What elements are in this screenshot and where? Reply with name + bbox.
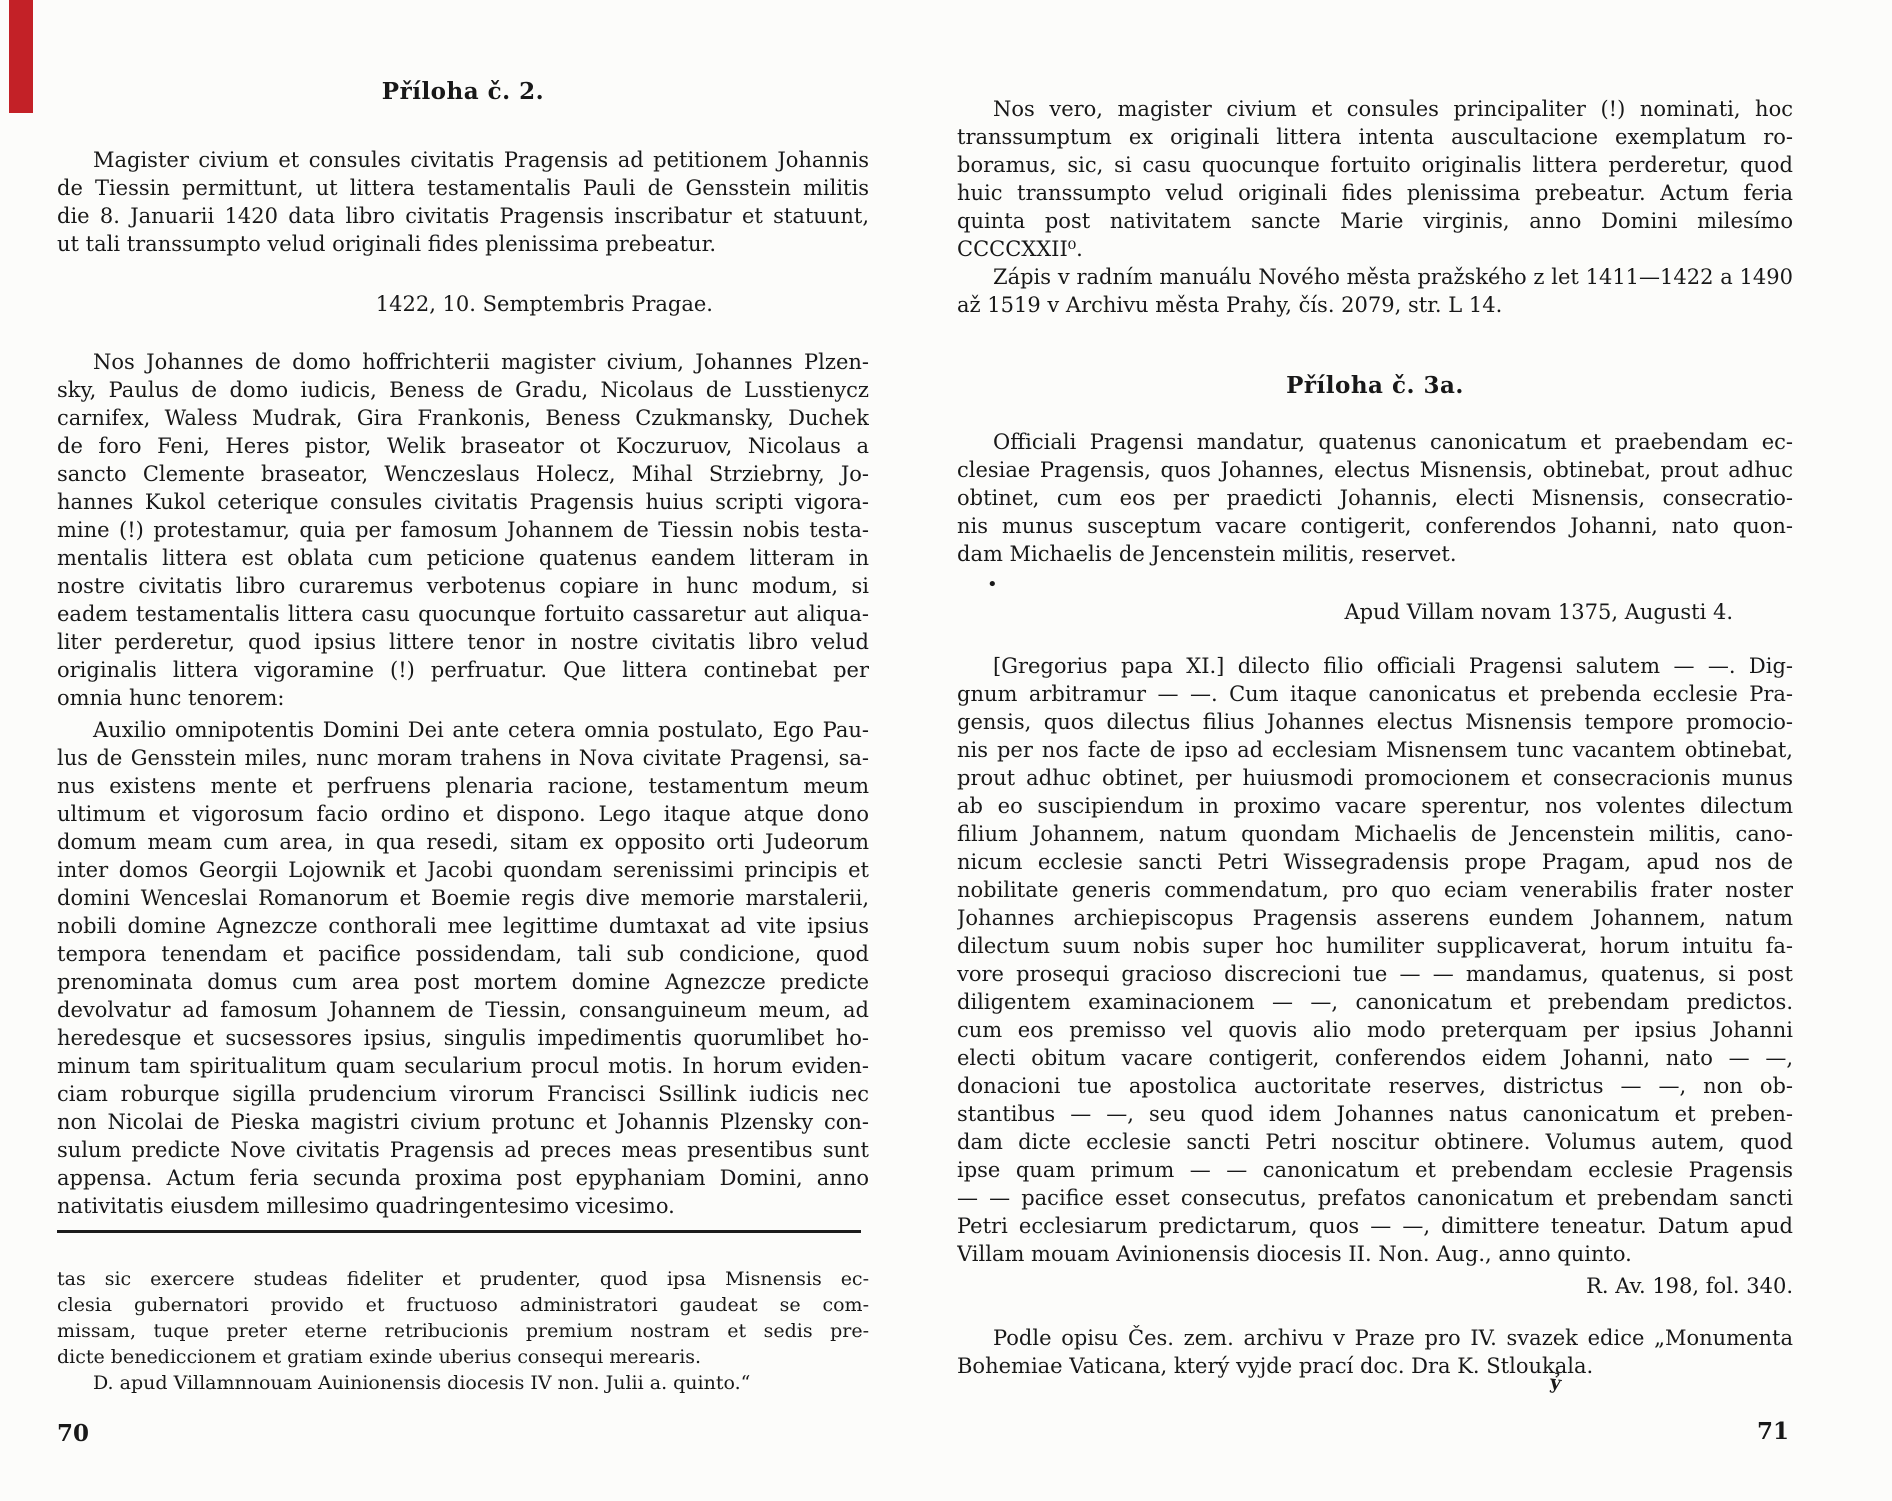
text-line: gnum arbitramur — —. Cum itaque canonica… <box>957 680 1793 708</box>
archival-note: Zápis v radním manuálu Nového města praž… <box>957 263 1793 319</box>
text-line: nis per nos facte de ipso ad ecclesiam M… <box>957 736 1793 764</box>
text-line: Auxilio omnipotentis Domini Dei ante cet… <box>57 716 869 744</box>
text-line: die 8. Januarii 1420 data libro civitati… <box>57 202 869 230</box>
book-spread: Příloha č. 2. Magister civium et consule… <box>0 0 1892 1501</box>
appendix-2-intro-paragraph: Magister civium et consules civitatis Pr… <box>57 146 869 258</box>
appendix-3a-heading: Příloha č. 3a. <box>957 372 1793 400</box>
appendix-3a-dateline: Apud Villam novam 1375, Augusti 4. <box>957 598 1793 626</box>
papal-letter-paragraph: [Gregorius papa XI.] dilecto filio offic… <box>957 652 1793 1268</box>
text-line: [Gregorius papa XI.] dilecto filio offic… <box>957 652 1793 680</box>
transsumptum-paragraph: Nos vero, magister civium et consules pr… <box>957 95 1793 263</box>
text-line: domum meam cum area, in qua resedi, sita… <box>57 828 869 856</box>
ink-squiggle-mark: ỷ <box>1549 1371 1563 1394</box>
text-line: filium Johannem, natum quondam Michaelis… <box>957 820 1793 848</box>
text-line: non Nicolai de Pieska magistri civium pr… <box>57 1108 869 1136</box>
text-line: stantibus — —, seu quod idem Johannes na… <box>957 1100 1793 1128</box>
text-line: nativitatis eiusdem millesimo quadringen… <box>57 1192 869 1220</box>
text-line: dam dicte ecclesie sancti Petri noscitur… <box>957 1128 1793 1156</box>
text-line: donacioni tue apostolica auctoritate res… <box>957 1072 1793 1100</box>
text-line: vore prosequi gracioso discrecioni tue —… <box>957 960 1793 988</box>
text-line: Podle opisu Čes. zem. archivu v Praze pr… <box>957 1324 1793 1352</box>
text-line: Nos Johannes de domo hoffrichterii magis… <box>57 348 869 376</box>
text-line: nobilitate generis commendatum, pro quo … <box>957 876 1793 904</box>
text-line: appensa. Actum feria secunda proxima pos… <box>57 1164 869 1192</box>
page-number-70: 70 <box>57 1420 89 1447</box>
text-line: Bohemiae Vaticana, který vyjde prací doc… <box>957 1352 1793 1380</box>
text-line: nicum ecclesie sancti Petri Wissegradens… <box>957 848 1793 876</box>
footnote-datum-line: D. apud Villamnnouam Auinionensis dioces… <box>57 1370 869 1396</box>
text-line: gensis, quos dilectus filius Johannes el… <box>957 708 1793 736</box>
text-line: prout adhuc obtinet, per huiusmodi promo… <box>957 764 1793 792</box>
text-line: inter domos Georgii Lojownik et Jacobi q… <box>57 856 869 884</box>
text-line: sky, Paulus de domo iudicis, Beness de G… <box>57 376 869 404</box>
text-line: quinta post nativitatem sancte Marie vir… <box>957 207 1793 235</box>
footnote-rule <box>57 1230 861 1233</box>
appendix-2-body-paragraph: Nos Johannes de domo hoffrichterii magis… <box>57 348 869 712</box>
text-line: Petri ecclesiarum predictarum, quos — —,… <box>957 1212 1793 1240</box>
footnote-continuation: tas sic exercere studeas fideliter et pr… <box>57 1266 869 1370</box>
text-line: clesiae Pragensis, quos Johannes, electu… <box>957 456 1793 484</box>
text-line: diligentem examinacionem — —, canonicatu… <box>957 988 1793 1016</box>
text-line: Villam mouam Avinionensis diocesis II. N… <box>957 1240 1793 1268</box>
text-line: CCCCXXII⁰. <box>957 235 1793 263</box>
testament-paragraph: Auxilio omnipotentis Domini Dei ante cet… <box>57 716 869 1220</box>
register-reference: R. Av. 198, fol. 340. <box>957 1272 1793 1300</box>
text-line: boramus, sic, si casu quocunque fortuito… <box>957 151 1793 179</box>
text-line: cum eos premisso vel quovis alio modo pr… <box>957 1016 1793 1044</box>
bullet-mark: • <box>987 574 998 595</box>
text-line: huic transsumpto velud originali fides p… <box>957 179 1793 207</box>
text-line: ab eo suscipiendum in proximo vacare spe… <box>957 792 1793 820</box>
text-line: Zápis v radním manuálu Nového města praž… <box>957 263 1793 291</box>
text-line: dilectum suum nobis super hoc humiliter … <box>957 932 1793 960</box>
text-line: tempora tenendam et pacifice possidendam… <box>57 940 869 968</box>
text-line: nus existens mente et perfruens plenaria… <box>57 772 869 800</box>
appendix-2-dateline: 1422, 10. Semptembris Pragae. <box>57 290 869 318</box>
text-line: nis munus susceptum vacare contigerit, c… <box>957 512 1793 540</box>
text-line: de Tiessin permittunt, ut littera testam… <box>57 174 869 202</box>
text-line: nobili domine Agnezcze conthorali mee le… <box>57 912 869 940</box>
text-line: minum tam spiritualitum quam secularium … <box>57 1052 869 1080</box>
appendix-3a-summary-paragraph: Officiali Pragensi mandatur, quatenus ca… <box>957 428 1793 568</box>
text-line: dicte benediccionem et gratiam exinde ub… <box>57 1344 869 1370</box>
text-line: transsumptum ex originali littera intent… <box>957 123 1793 151</box>
text-line: devolvatur ad famosum Johannem de Tiessi… <box>57 996 869 1024</box>
text-line: lus de Gensstein miles, nunc moram trahe… <box>57 744 869 772</box>
text-line: originalis littera vigoramine (!) perfru… <box>57 656 869 684</box>
text-line: ipse quam primum — — canonicatum et preb… <box>957 1156 1793 1184</box>
text-line: missam, tuque preter eterne retribucioni… <box>57 1318 869 1344</box>
right-page: Nos vero, magister civium et consules pr… <box>957 0 1793 1501</box>
text-line: až 1519 v Archivu města Prahy, čís. 2079… <box>957 291 1793 319</box>
page-number-71: 71 <box>1757 1418 1789 1445</box>
text-line: dam Michaelis de Jencenstein militis, re… <box>957 540 1793 568</box>
text-line: clesia gubernatori provido et fructuoso … <box>57 1292 869 1318</box>
text-line: Magister civium et consules civitatis Pr… <box>57 146 869 174</box>
text-line: de foro Feni, Heres pistor, Welik brasea… <box>57 432 869 460</box>
left-page: Příloha č. 2. Magister civium et consule… <box>57 0 869 1501</box>
text-line: omnia hunc tenorem: <box>57 684 869 712</box>
text-line: obtinet, cum eos per praedicti Johannis,… <box>957 484 1793 512</box>
text-line: carnifex, Waless Mudrak, Gira Frankonis,… <box>57 404 869 432</box>
text-line: domini Wenceslai Romanorum et Boemie reg… <box>57 884 869 912</box>
text-line: Officiali Pragensi mandatur, quatenus ca… <box>957 428 1793 456</box>
appendix-2-heading: Příloha č. 2. <box>57 78 869 106</box>
text-line: electi obitum vacare contigerit, confere… <box>957 1044 1793 1072</box>
colophon-note: Podle opisu Čes. zem. archivu v Praze pr… <box>957 1324 1793 1380</box>
text-line: nostre civitatis libro curaremus verbote… <box>57 572 869 600</box>
text-line: mine (!) protestamur, quia per famosum J… <box>57 516 869 544</box>
text-line: D. apud Villamnnouam Auinionensis dioces… <box>57 1370 869 1396</box>
text-line: Nos vero, magister civium et consules pr… <box>957 95 1793 123</box>
text-line: eadem testamentalis littera casu quocunq… <box>57 600 869 628</box>
text-line: sancto Clemente braseator, Wenczeslaus H… <box>57 460 869 488</box>
text-line: ciam roburque sigilla prudencium virorum… <box>57 1080 869 1108</box>
red-ribbon-mark <box>9 0 33 113</box>
text-line: mentalis littera est oblata cum peticion… <box>57 544 869 572</box>
text-line: tas sic exercere studeas fideliter et pr… <box>57 1266 869 1292</box>
text-line: heredesque et sucsessores ipsius, singul… <box>57 1024 869 1052</box>
text-line: prenominata domus cum area post mortem d… <box>57 968 869 996</box>
text-line: sulum predicte Nove civitatis Pragensis … <box>57 1136 869 1164</box>
text-line: ultimum et vigorosum facio ordino et dis… <box>57 800 869 828</box>
text-line: ut tali transsumpto velud originali fide… <box>57 230 869 258</box>
text-line: liter perderetur, quod ipsius littere te… <box>57 628 869 656</box>
text-line: hannes Kukol ceterique consules civitati… <box>57 488 869 516</box>
text-line: Johannes archiepiscopus Pragensis assere… <box>957 904 1793 932</box>
text-line: — — pacifice esset consecutus, prefatos … <box>957 1184 1793 1212</box>
